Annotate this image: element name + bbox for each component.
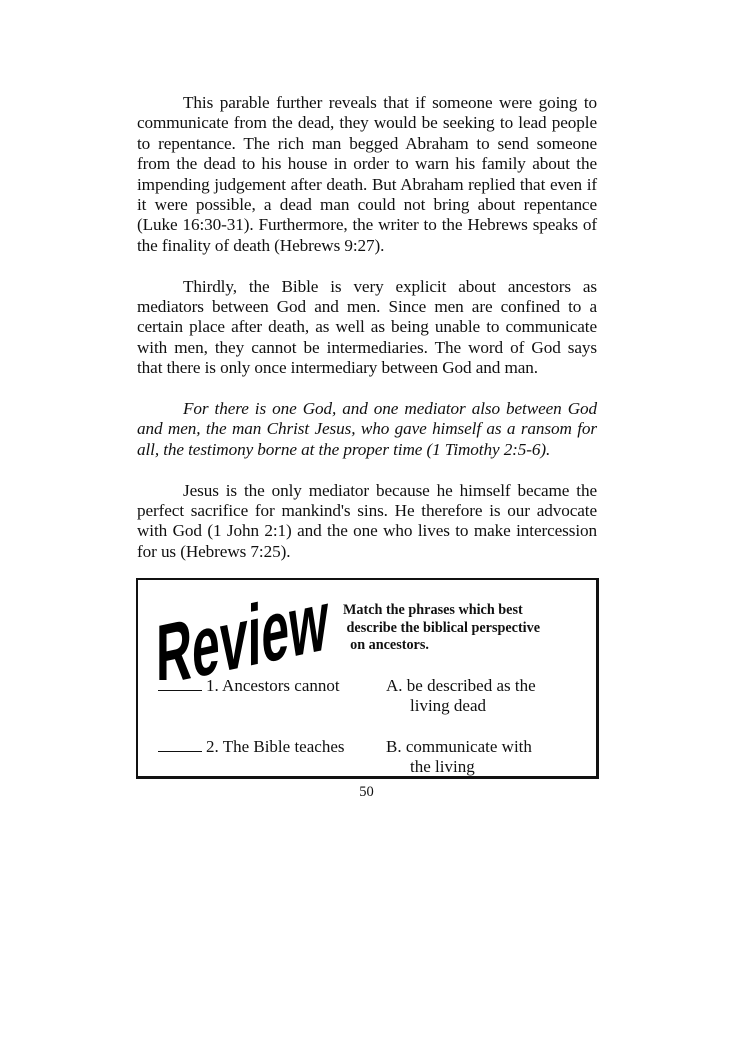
document-body: This parable further reveals that if som… [137,93,597,583]
match-item-left: 1. Ancestors cannot [158,676,340,696]
match-item-left: 2. The Bible teaches [158,737,344,757]
answer-blank[interactable] [158,676,202,691]
paragraph-jesus-mediator: Jesus is the only mediator because he hi… [137,481,597,563]
paragraph-parable: This parable further reveals that if som… [137,93,597,256]
answer-blank[interactable] [158,737,202,752]
scripture-quote: For there is one God, and one mediator a… [137,399,597,460]
review-logo-icon: Review [154,592,334,680]
review-box: Review Match the phrases which best desc… [136,578,599,779]
svg-text:Review: Review [156,592,328,680]
match-option-a: A. be described as the living dead [386,676,536,717]
paragraph-thirdly: Thirdly, the Bible is very explicit abou… [137,277,597,379]
page-number: 50 [0,784,733,801]
review-instructions: Match the phrases which best describe th… [343,602,540,655]
match-option-b: B. communicate with the living [386,737,532,778]
